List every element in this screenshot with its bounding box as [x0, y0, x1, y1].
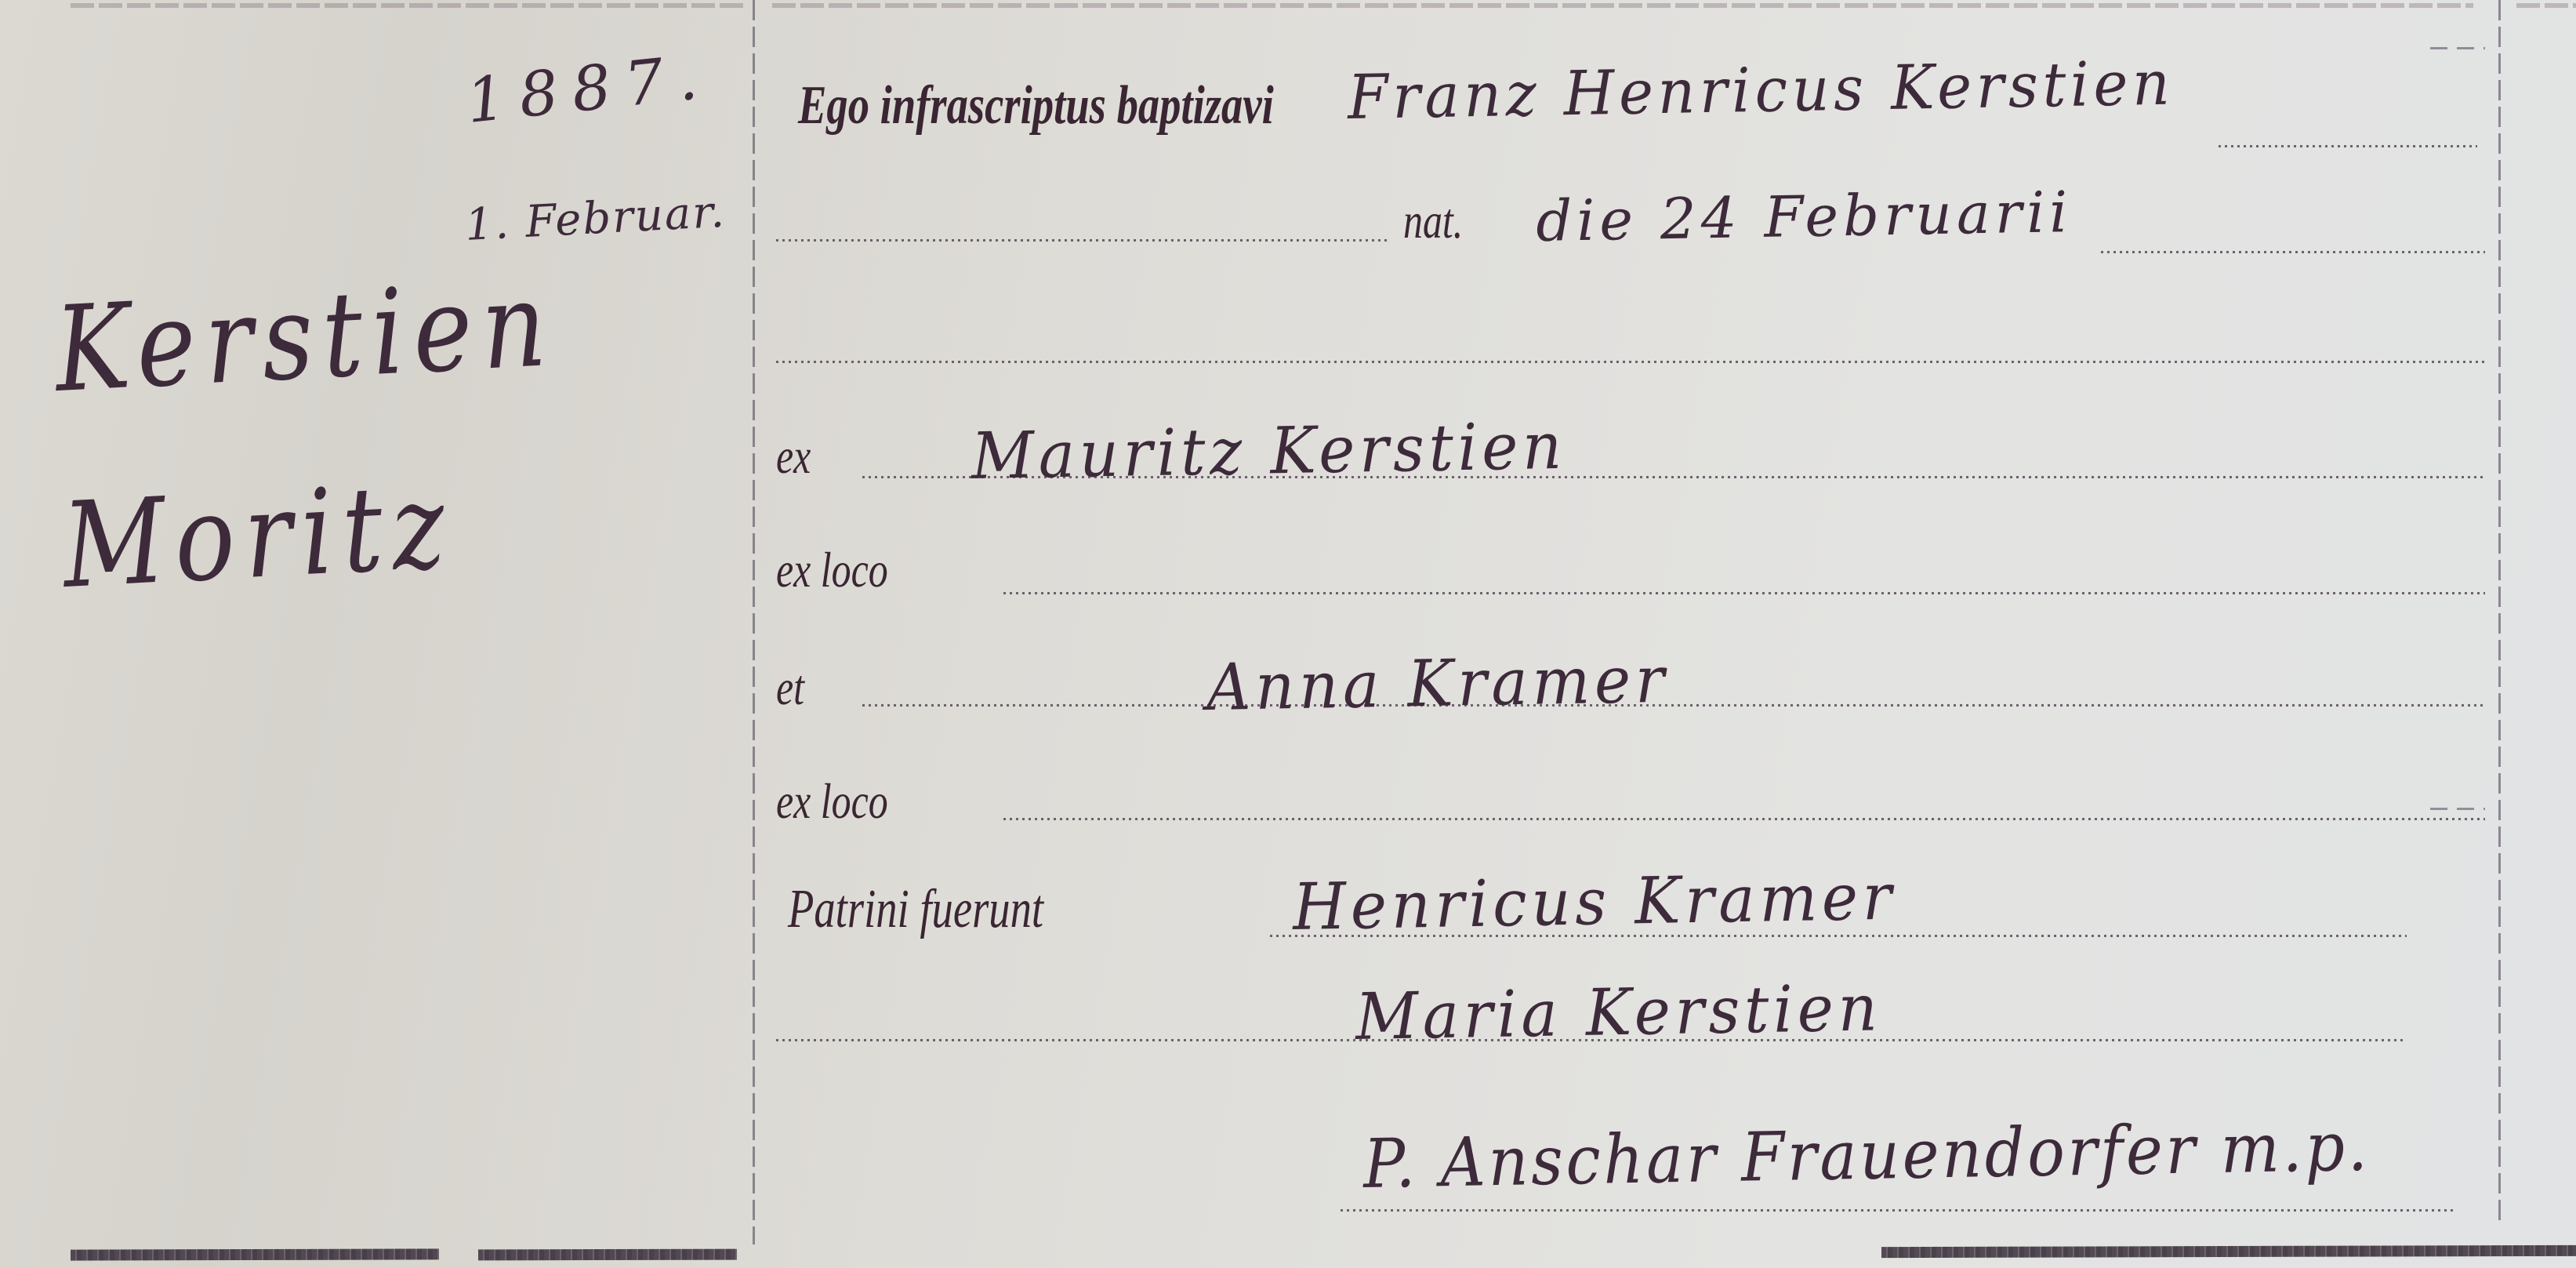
bottom-border	[1881, 1245, 2576, 1258]
printed-ego-infrascriptus: Ego infrascriptus baptizavi	[798, 74, 1274, 137]
fill-line	[776, 361, 2485, 363]
baptized-name: Franz Henricus Kerstien	[1347, 49, 2175, 133]
column-divider	[2498, 0, 2501, 1221]
top-rule	[772, 3, 2473, 8]
entry-day-month: 1. Februar.	[464, 187, 727, 251]
bottom-border	[71, 1248, 439, 1260]
register-page: Kerstien Moritz 1887. 1. Februar. Ego in…	[0, 0, 2576, 1268]
entry-year: 1887.	[463, 42, 715, 137]
top-rule	[71, 3, 745, 8]
fill-line	[2101, 251, 2485, 253]
printed-patrini-fuerunt: Patrini fuerunt	[788, 878, 1043, 941]
right-margin-rule	[2430, 808, 2485, 810]
margin-surname: Kerstien	[52, 256, 559, 419]
right-margin-rule	[2430, 47, 2485, 49]
fill-line	[2219, 145, 2477, 147]
mother-name: Anna Kramer	[1206, 643, 1669, 725]
fill-line	[1003, 592, 2485, 594]
fill-line	[1003, 818, 2485, 820]
godfather-name: Henricus Kramer	[1292, 860, 1896, 945]
bottom-border	[478, 1249, 737, 1261]
top-rule	[2516, 3, 2576, 8]
signature-line	[1341, 1209, 2454, 1212]
fill-line	[776, 239, 1388, 242]
father-name: Mauritz Kerstien	[971, 409, 1566, 494]
printed-ex-loco: ex loco	[776, 772, 888, 830]
column-divider	[753, 0, 755, 1244]
printed-et: et	[776, 659, 804, 717]
fill-line	[862, 704, 2485, 707]
printed-ex: ex	[776, 427, 811, 485]
priest-signature: P. Anschar Frauendorfer m.p.	[1362, 1108, 2371, 1204]
printed-nat: nat.	[1403, 192, 1463, 250]
printed-ex-loco: ex loco	[776, 541, 888, 599]
birth-date: die 24 Februarii	[1536, 179, 2073, 254]
margin-given-name: Moritz	[60, 458, 457, 615]
godmother-name: Maria Kerstien	[1355, 971, 1882, 1055]
